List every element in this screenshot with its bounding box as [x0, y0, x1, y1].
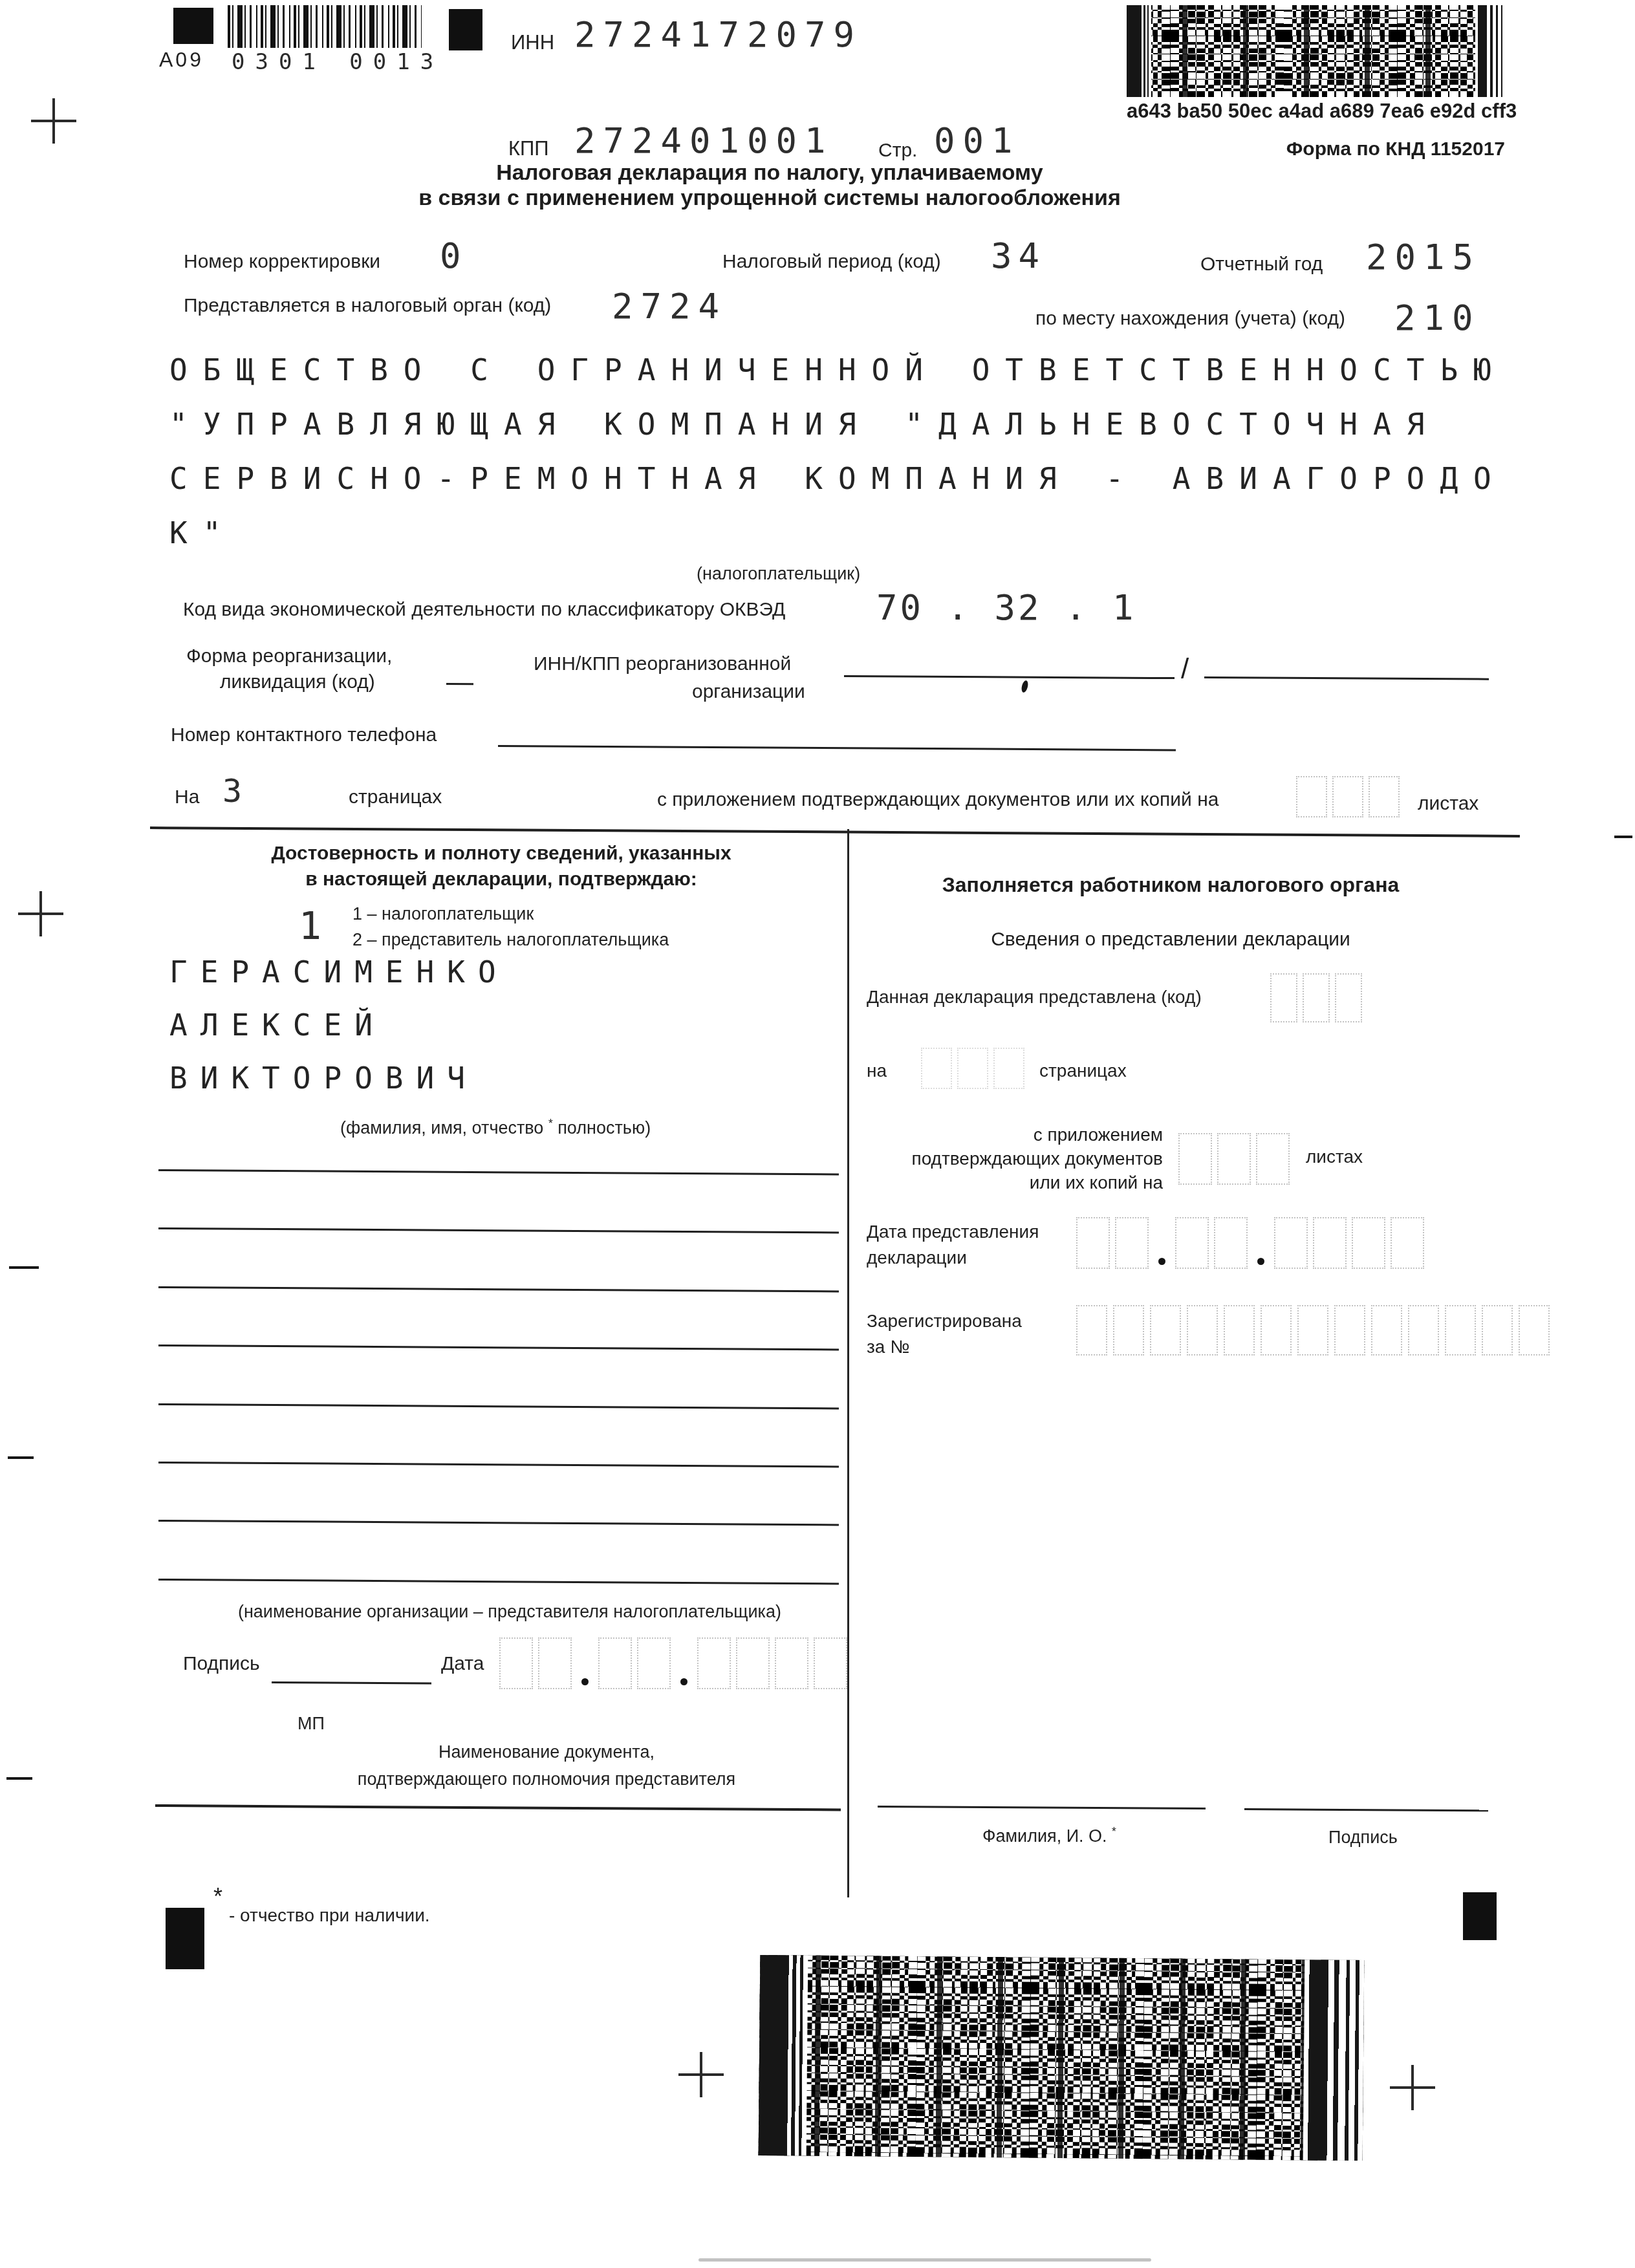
signer-code-value: 1 [299, 904, 329, 948]
blank-line [158, 1403, 839, 1409]
kpp-value: 272401001 [574, 120, 834, 161]
confirmation-line1: Достоверность и полноту сведений, указан… [259, 841, 744, 867]
fill-cell [1352, 1217, 1385, 1269]
location-code-value: 210 [1394, 297, 1481, 338]
confirmation-statement: Достоверность и полноту сведений, указан… [259, 841, 744, 892]
fill-cell [1313, 1217, 1347, 1269]
date-separator-dot [680, 1678, 688, 1685]
report-year-label: Отчетный год [1200, 254, 1323, 275]
pages-prefix: На [175, 786, 199, 808]
okved-value: 70 . 32 . 1 [876, 587, 1136, 628]
document-title-line1: Налоговая декларация по налогу, уплачива… [349, 160, 1190, 186]
inspector-pages-word: страницах [1039, 1061, 1127, 1081]
fill-cell [736, 1637, 770, 1689]
reorg-form-label2: ликвидация (код) [220, 671, 375, 693]
signer-name-block: ГЕРАСИМЕНКО АЛЕКСЕЙ ВИКТОРОВИЧ [169, 945, 509, 1105]
fill-cell [1274, 1217, 1308, 1269]
inspector-section-header: Заполняется работником налогового органа [880, 873, 1462, 897]
fill-cell [637, 1637, 671, 1689]
fill-cell [993, 1048, 1024, 1089]
blank-line [158, 1520, 839, 1526]
fill-cell [1224, 1305, 1255, 1355]
registration-number-cells [1076, 1305, 1550, 1355]
fill-cell [1150, 1305, 1181, 1355]
fill-cell [1391, 1217, 1424, 1269]
fill-cell [1214, 1217, 1248, 1269]
blank-line [158, 1579, 839, 1584]
location-code-label: по месту нахождения (учета) (код) [1035, 308, 1345, 330]
anchor-square-mid [449, 9, 482, 50]
scan-artifact [1614, 836, 1632, 838]
signer-name-caption: (фамилия, имя, отчество * полностью) [340, 1117, 651, 1138]
fill-cell [1270, 973, 1297, 1022]
barcode-start-pattern [759, 1955, 808, 2156]
fill-cell [1519, 1305, 1550, 1355]
taxpayer-name-line: К" [169, 506, 1507, 560]
representative-org-caption: (наименование организации – представител… [215, 1602, 805, 1622]
inspector-signature-caption: Подпись [1328, 1828, 1398, 1848]
taxpayer-caption: (налогоплательщик) [697, 564, 860, 584]
knd-form-code: Форма по КНД 1152017 [1127, 138, 1505, 160]
declaration-submitted-label: Данная декларация представлена (код) [867, 987, 1202, 1008]
attachments-label: с приложением подтверждающих документов … [657, 789, 1218, 811]
registration-cross-top-left [31, 98, 76, 144]
fill-cell [1371, 1305, 1402, 1355]
submitted-code-cells [1270, 973, 1362, 1022]
trust-section-bottom-line [155, 1804, 841, 1811]
contact-phone-label: Номер контактного телефона [171, 724, 437, 746]
signature-date-cells [499, 1637, 847, 1689]
fill-cell [1076, 1217, 1110, 1269]
reorg-kpp-blank-line [1204, 676, 1489, 680]
signature-label: Подпись [183, 1653, 260, 1675]
scan-artifact [8, 1456, 34, 1459]
barcode-start-pattern [1127, 5, 1151, 97]
anchor-square-left [173, 8, 213, 44]
blank-line [158, 1227, 839, 1233]
fill-cell [1408, 1305, 1439, 1355]
fill-cell [1187, 1305, 1218, 1355]
registration-cross-bottom-right [1390, 2065, 1435, 2110]
fill-cell [1217, 1133, 1251, 1185]
okved-label: Код вида экономической деятельности по к… [183, 599, 785, 621]
reorg-slash: / [1181, 653, 1189, 686]
anchor-square-bottom-right [1463, 1892, 1497, 1940]
fill-cell [1482, 1305, 1513, 1355]
correction-number-value: 0 [440, 235, 469, 276]
reorg-inn-blank-line [844, 675, 1175, 679]
fill-cell [775, 1637, 808, 1689]
section-divider-vertical [847, 829, 849, 1897]
date-label: Дата [441, 1653, 484, 1675]
taxpayer-name-block: ОБЩЕСТВО С ОГРАНИЧЕННОЙ ОТВЕТСТВЕННОСТЬЮ… [169, 343, 1507, 560]
registration-cross-middle-left [18, 891, 63, 936]
section-divider-horizontal [150, 826, 1520, 837]
submission-date-cells [1076, 1217, 1424, 1269]
fill-cell [1256, 1133, 1290, 1185]
form-barcode [228, 5, 422, 48]
barcode-hash-text: a643 ba50 50ec a4ad a689 7ea6 e92d cff3 [1127, 100, 1505, 123]
barcode-stop-pattern [1303, 1960, 1365, 2161]
fill-cell [499, 1637, 533, 1689]
blank-line [158, 1169, 839, 1175]
barcode-stop-pattern [1475, 5, 1505, 97]
fill-cell [1261, 1305, 1292, 1355]
kpp-label: КПП [508, 137, 549, 160]
fill-cell [921, 1048, 952, 1089]
taxpayer-name-line: ОБЩЕСТВО С ОГРАНИЧЕННОЙ ОТВЕТСТВЕННОСТЬЮ [169, 343, 1507, 397]
fill-cell [1296, 776, 1327, 817]
page-number: 001 [934, 120, 1021, 161]
asterisk-mark: * [548, 1117, 553, 1130]
date-separator-dot [1257, 1258, 1264, 1265]
registration-cross-bottom-center [678, 2052, 724, 2097]
scan-artifact [1021, 680, 1029, 693]
reorg-inn-label2: организации [692, 681, 805, 703]
pages-count: 3 [222, 772, 250, 810]
fill-cell [1369, 776, 1400, 817]
tax-period-value: 34 [991, 235, 1046, 276]
fill-cell [1113, 1305, 1144, 1355]
reorg-inn-label: ИНН/КПП реорганизованной [534, 653, 791, 675]
fill-cell [1178, 1133, 1212, 1185]
signer-surname: ГЕРАСИМЕНКО [169, 945, 509, 999]
reorg-code-blank [446, 683, 473, 685]
inspector-pages-cells [921, 1048, 1024, 1089]
taxpayer-name-line: СЕРВИСНО-РЕМОНТНАЯ КОМПАНИЯ - АВИАГОРОДО [169, 451, 1507, 506]
signer-patronymic: ВИКТОРОВИЧ [169, 1052, 509, 1105]
date-separator-dot [581, 1678, 589, 1685]
signature-blank-line [272, 1681, 431, 1685]
scan-artifact [9, 1266, 39, 1269]
date-separator-dot [1158, 1258, 1165, 1265]
reorg-form-label: Форма реорганизации, [186, 645, 392, 667]
header-2d-barcode [1127, 5, 1505, 97]
fill-cell [1297, 1305, 1328, 1355]
fill-cell [1334, 1305, 1365, 1355]
blank-line [158, 1462, 839, 1467]
signer-option-1: 1 – налогоплательщик [352, 904, 534, 924]
fill-cell [1175, 1217, 1209, 1269]
confirmation-line2: в настоящей декларации, подтверждаю: [259, 867, 744, 892]
submission-date-label: Дата представления декларации [867, 1219, 1039, 1271]
signer-firstname: АЛЕКСЕЙ [169, 999, 509, 1052]
scan-artifact [6, 1777, 32, 1780]
form-letter-code: A09 [159, 48, 204, 72]
footer-2d-barcode [759, 1955, 1365, 2161]
stamp-label: МП [298, 1714, 325, 1734]
fill-cell [957, 1048, 988, 1089]
page-label: Стр. [878, 140, 917, 162]
pages-word: страницах [349, 786, 442, 808]
correction-number-label: Номер корректировки [184, 251, 380, 273]
tax-authority-label: Представляется в налоговый орган (код) [184, 295, 551, 317]
inn-label: ИНН [511, 31, 554, 54]
tax-authority-code: 2724 [612, 286, 727, 327]
scanned-tax-declaration-page: A09 0301 0013 ИНН 2724172079 КПП 2724010… [0, 0, 1635, 2268]
attachment-sheets-cells [1296, 776, 1400, 817]
form-barcode-number: 0301 0013 [232, 49, 444, 75]
scan-artifact [698, 2258, 1151, 2262]
taxpayer-name-line: "УПРАВЛЯЮЩАЯ КОМПАНИЯ "ДАЛЬНЕВОСТОЧНАЯ [169, 397, 1507, 451]
blank-line [158, 1345, 839, 1350]
blank-line [158, 1286, 839, 1292]
anchor-square-bottom-left [166, 1908, 204, 1969]
fill-cell [697, 1637, 731, 1689]
document-title-line2: в связи с применением упрощенной системы… [349, 186, 1190, 211]
fill-cell [1303, 973, 1330, 1022]
registered-label: Зарегистрирована за № [867, 1308, 1022, 1360]
inspector-signature-line [1244, 1808, 1488, 1811]
fill-cell [1115, 1217, 1149, 1269]
inspector-name-line [878, 1806, 1206, 1809]
fill-cell [1335, 973, 1362, 1022]
document-title: Налоговая декларация по налогу, уплачива… [349, 160, 1190, 211]
fill-cell [598, 1637, 632, 1689]
contact-phone-blank-line [498, 745, 1176, 751]
fill-cell [538, 1637, 572, 1689]
authority-document-caption: Наименование документа, подтверждающего … [310, 1738, 783, 1793]
inspector-section-subheader: Сведения о представлении декларации [880, 929, 1462, 951]
footnote-text: - отчество при наличии. [229, 1905, 430, 1926]
inspector-name-caption: Фамилия, И. О. * [982, 1825, 1116, 1846]
inspector-pages-prefix: на [867, 1061, 887, 1081]
fill-cell [1445, 1305, 1476, 1355]
inspector-attachment-cells [1178, 1133, 1290, 1185]
inspector-attachments-label: с приложением подтверждающих документов … [869, 1123, 1163, 1194]
attachments-word: листах [1418, 793, 1478, 815]
report-year-value: 2015 [1366, 237, 1481, 277]
inn-value: 2724172079 [574, 14, 862, 55]
fill-cell [1332, 776, 1363, 817]
fill-cell [1076, 1305, 1107, 1355]
asterisk-mark: * [1112, 1825, 1116, 1838]
fill-cell [814, 1637, 847, 1689]
footnote-asterisk: * [213, 1883, 222, 1910]
tax-period-label: Налоговый период (код) [722, 251, 941, 273]
inspector-attachments-word: листах [1306, 1147, 1363, 1167]
